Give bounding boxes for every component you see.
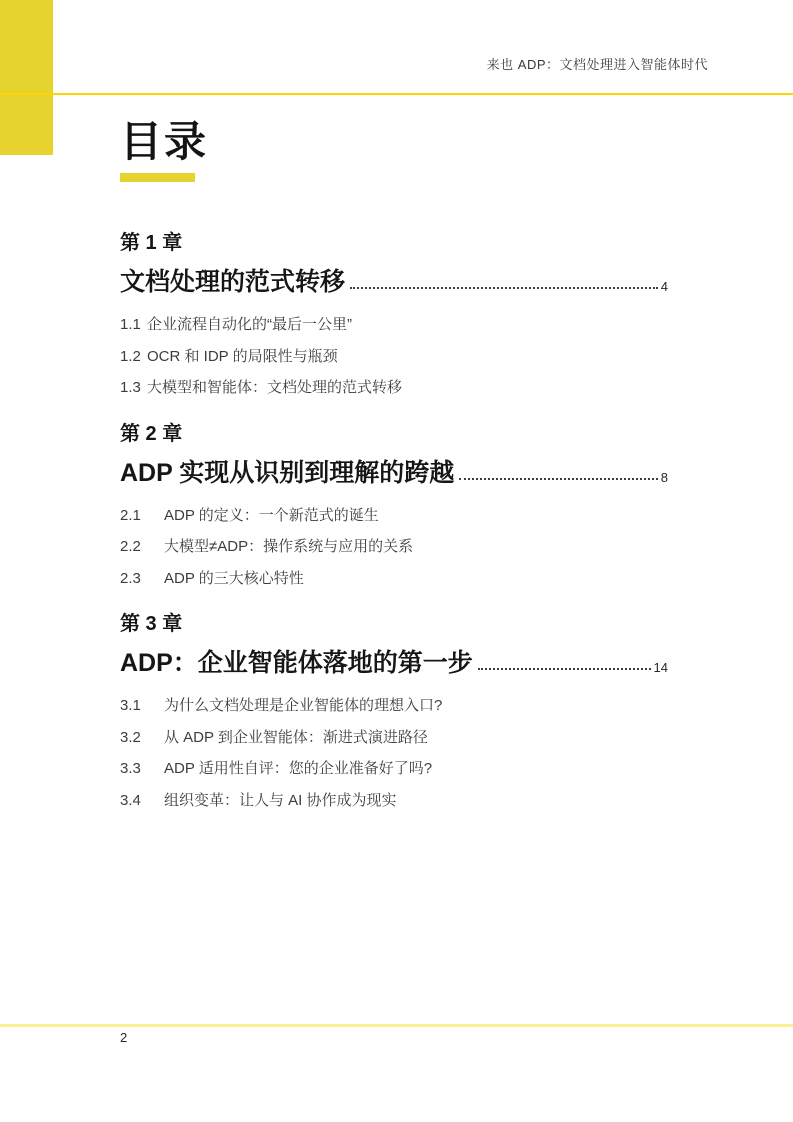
toc-section-item[interactable]: 2.3 ADP 的三大核心特性 — [120, 563, 668, 595]
document-page: 来也 ADP：文档处理进入智能体时代 目录 第 1 章 文档处理的范式转移 4 … — [0, 0, 793, 1122]
section-number: 1.2 — [120, 341, 147, 373]
chapter-title[interactable]: 文档处理的范式转移 — [120, 268, 345, 297]
toc-chapter: 第 1 章 文档处理的范式转移 4 1.1 企业流程自动化的“最后一公里” 1.… — [120, 231, 668, 404]
footer-rule — [0, 1024, 793, 1027]
chapter-title[interactable]: ADP 实现从识别到理解的跨越 — [120, 459, 454, 488]
chapter-title-row[interactable]: ADP 实现从识别到理解的跨越 8 — [120, 459, 668, 488]
toc-chapter: 第 2 章 ADP 实现从识别到理解的跨越 8 2.1 ADP 的定义：一个新范… — [120, 422, 668, 595]
toc-section-item[interactable]: 3.3 ADP 适用性自评：您的企业准备好了吗? — [120, 753, 668, 785]
section-title: 大模型≠ADP：操作系统与应用的关系 — [164, 531, 668, 563]
section-title: ADP 适用性自评：您的企业准备好了吗? — [164, 753, 668, 785]
section-number: 3.3 — [120, 753, 164, 785]
section-number: 2.2 — [120, 531, 164, 563]
page-title: 目录 — [120, 118, 668, 166]
section-title: 大模型和智能体：文档处理的范式转移 — [147, 372, 668, 404]
brand-corner-block — [0, 0, 53, 155]
section-number: 3.4 — [120, 785, 164, 817]
chapter-title-row[interactable]: ADP：企业智能体落地的第一步 14 — [120, 649, 668, 678]
toc-section-item[interactable]: 3.2 从 ADP 到企业智能体：渐进式演进路径 — [120, 722, 668, 754]
toc-section-item[interactable]: 1.2 OCR 和 IDP 的局限性与瓶颈 — [120, 341, 668, 373]
toc-section-item[interactable]: 1.3 大模型和智能体：文档处理的范式转移 — [120, 372, 668, 404]
running-header: 来也 ADP：文档处理进入智能体时代 — [487, 54, 708, 73]
section-title: 企业流程自动化的“最后一公里” — [147, 309, 668, 341]
chapter-label: 第 2 章 — [120, 422, 668, 446]
section-number: 1.1 — [120, 309, 147, 341]
dot-leader — [478, 668, 651, 670]
toc-section-item[interactable]: 2.1 ADP 的定义：一个新范式的诞生 — [120, 500, 668, 532]
section-title: ADP 的三大核心特性 — [164, 563, 668, 595]
page-number: 2 — [120, 1030, 127, 1045]
chapter-title[interactable]: ADP：企业智能体落地的第一步 — [120, 649, 473, 678]
section-number: 3.1 — [120, 690, 164, 722]
chapter-page-number: 4 — [661, 279, 668, 294]
toc-content: 目录 第 1 章 文档处理的范式转移 4 1.1 企业流程自动化的“最后一公里”… — [120, 96, 668, 816]
toc-section-item[interactable]: 3.1 为什么文档处理是企业智能体的理想入口? — [120, 690, 668, 722]
title-underline-bar — [120, 173, 195, 182]
section-number: 2.1 — [120, 500, 164, 532]
toc-section-item[interactable]: 2.2 大模型≠ADP：操作系统与应用的关系 — [120, 531, 668, 563]
chapter-label: 第 1 章 — [120, 231, 668, 255]
toc-section-item[interactable]: 3.4 组织变革：让人与 AI 协作成为现实 — [120, 785, 668, 817]
chapter-sections: 1.1 企业流程自动化的“最后一公里” 1.2 OCR 和 IDP 的局限性与瓶… — [120, 309, 668, 404]
section-number: 3.2 — [120, 722, 164, 754]
section-title: 为什么文档处理是企业智能体的理想入口? — [164, 690, 668, 722]
section-title: ADP 的定义：一个新范式的诞生 — [164, 500, 668, 532]
toc-section-item[interactable]: 1.1 企业流程自动化的“最后一公里” — [120, 309, 668, 341]
chapter-sections: 2.1 ADP 的定义：一个新范式的诞生 2.2 大模型≠ADP：操作系统与应用… — [120, 500, 668, 595]
chapter-label: 第 3 章 — [120, 612, 668, 636]
header-rule — [0, 93, 793, 95]
section-title: 从 ADP 到企业智能体：渐进式演进路径 — [164, 722, 668, 754]
toc-chapters: 第 1 章 文档处理的范式转移 4 1.1 企业流程自动化的“最后一公里” 1.… — [120, 231, 668, 816]
chapter-sections: 3.1 为什么文档处理是企业智能体的理想入口? 3.2 从 ADP 到企业智能体… — [120, 690, 668, 816]
toc-chapter: 第 3 章 ADP：企业智能体落地的第一步 14 3.1 为什么文档处理是企业智… — [120, 612, 668, 816]
section-number: 1.3 — [120, 372, 147, 404]
chapter-page-number: 8 — [661, 470, 668, 485]
section-title: 组织变革：让人与 AI 协作成为现实 — [164, 785, 668, 817]
section-title: OCR 和 IDP 的局限性与瓶颈 — [147, 341, 668, 373]
dot-leader — [459, 478, 657, 480]
dot-leader — [350, 287, 658, 289]
chapter-page-number: 14 — [654, 660, 668, 675]
section-number: 2.3 — [120, 563, 164, 595]
chapter-title-row[interactable]: 文档处理的范式转移 4 — [120, 268, 668, 297]
